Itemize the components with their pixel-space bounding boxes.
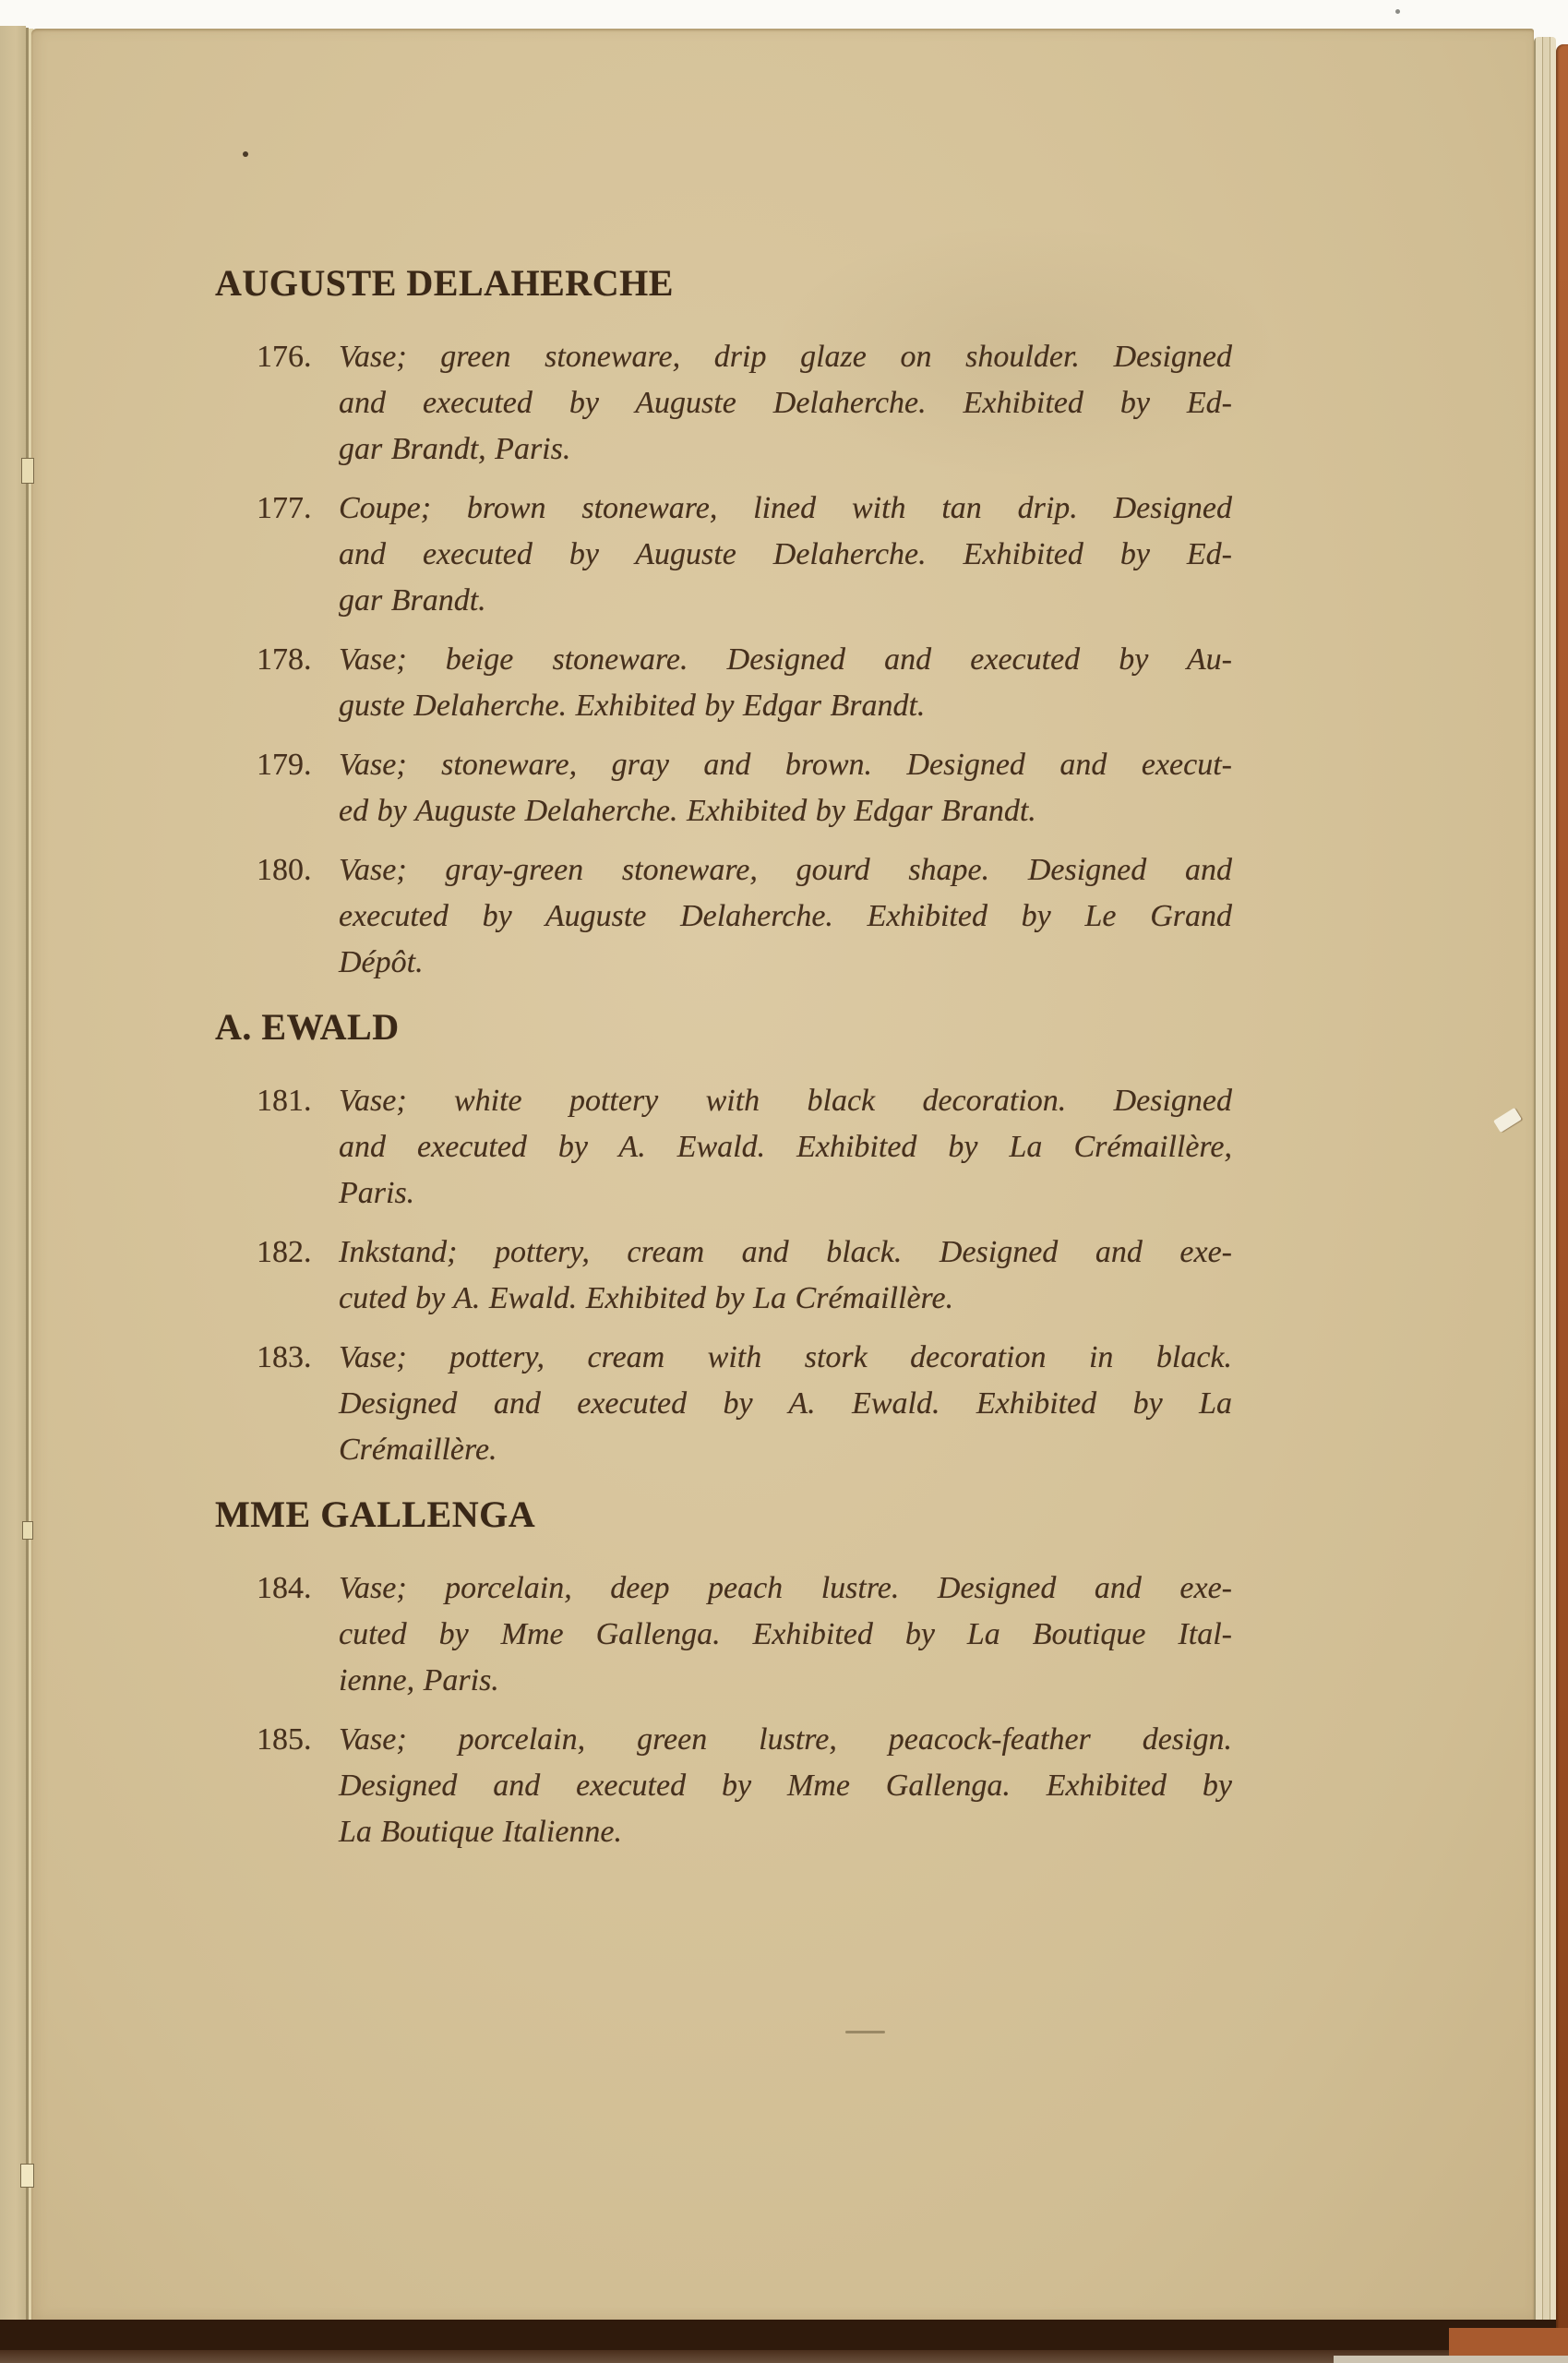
sewing-notch <box>20 2164 34 2188</box>
catalog-entry: 176. Vase; green stoneware, drip glaze o… <box>257 334 1232 473</box>
entry-line: and executed by Auguste Delaherche. Exhi… <box>339 380 1232 426</box>
catalog-entry: 183. Vase; pottery, cream with stork dec… <box>257 1335 1232 1473</box>
catalog-entry: 178. Vase; beige stoneware. Designed and… <box>257 637 1232 729</box>
underlying-page-edge <box>0 26 26 2363</box>
catalog-section: MME GALLENGA 184. Vase; porcelain, deep … <box>215 1492 1232 1855</box>
entry-lines: Vase; green stoneware, drip glaze on sho… <box>339 334 1232 473</box>
entry-line: and executed by A. Ewald. Exhibited by L… <box>339 1124 1232 1170</box>
entry-number: 176. <box>257 334 339 380</box>
section-entries: 184. Vase; porcelain, deep peach lustre.… <box>215 1565 1232 1855</box>
entry-number: 182. <box>257 1229 339 1276</box>
page-edge-stack <box>1534 37 1556 2320</box>
entry-lines: Vase; porcelain, green lustre, peacock-f… <box>339 1717 1232 1855</box>
entry-line: Paris. <box>339 1170 1232 1217</box>
entry-lines: Vase; pottery, cream with stork decorati… <box>339 1335 1232 1473</box>
sewing-notch <box>21 458 34 484</box>
entry-line: Vase; pottery, cream with stork decorati… <box>339 1335 1232 1381</box>
entry-line: ed by Auguste Delaherche. Exhibited by E… <box>339 788 1232 834</box>
entry-line: Designed and executed by Mme Gallenga. E… <box>339 1763 1232 1809</box>
entry-line: ienne, Paris. <box>339 1658 1232 1704</box>
book-cover-edge <box>1556 44 1568 2363</box>
entry-line: gar Brandt. <box>339 578 1232 624</box>
sewing-notch <box>22 1521 33 1540</box>
entry-line: executed by Auguste Delaherche. Exhibite… <box>339 894 1232 940</box>
entry-line: cuted by A. Ewald. Exhibited by La Créma… <box>339 1276 1232 1322</box>
section-heading: AUGUSTE DELAHERCHE <box>215 260 1232 306</box>
entry-lines: Inkstand; pottery, cream and black. Desi… <box>339 1229 1232 1322</box>
entry-line: gar Brandt, Paris. <box>339 426 1232 473</box>
entry-line: Vase; porcelain, deep peach lustre. Desi… <box>339 1565 1232 1612</box>
catalog-section: AUGUSTE DELAHERCHE 176. Vase; green ston… <box>215 260 1232 986</box>
catalog-entry: 185. Vase; porcelain, green lustre, peac… <box>257 1717 1232 1855</box>
entry-lines: Vase; gray-green stoneware, gourd shape.… <box>339 847 1232 986</box>
entry-number: 181. <box>257 1078 339 1124</box>
entry-line: and executed by Auguste Delaherche. Exhi… <box>339 532 1232 578</box>
entry-line: Vase; stoneware, gray and brown. Designe… <box>339 742 1232 788</box>
cover-bottom-right <box>1449 2328 1568 2357</box>
catalog-entry: 180. Vase; gray-green stoneware, gourd s… <box>257 847 1232 986</box>
section-heading: MME GALLENGA <box>215 1492 1232 1538</box>
entry-line: Coupe; brown stoneware, lined with tan d… <box>339 486 1232 532</box>
entry-line: Vase; white pottery with black decoratio… <box>339 1078 1232 1124</box>
catalog-text-block: AUGUSTE DELAHERCHE 176. Vase; green ston… <box>215 260 1232 1874</box>
catalog-entry: 182. Inkstand; pottery, cream and black.… <box>257 1229 1232 1322</box>
entry-lines: Vase; beige stoneware. Designed and exec… <box>339 637 1232 729</box>
entry-number: 179. <box>257 742 339 788</box>
entry-line: Vase; beige stoneware. Designed and exec… <box>339 637 1232 683</box>
entry-lines: Vase; porcelain, deep peach lustre. Desi… <box>339 1565 1232 1704</box>
scanner-bottom-sliver <box>1334 2356 1568 2363</box>
entry-lines: Coupe; brown stoneware, lined with tan d… <box>339 486 1232 624</box>
section-heading: A. EWALD <box>215 1004 1232 1050</box>
catalog-entry: 184. Vase; porcelain, deep peach lustre.… <box>257 1565 1232 1704</box>
entry-number: 185. <box>257 1717 339 1763</box>
pencil-mark <box>845 2031 885 2033</box>
entry-line: Vase; green stoneware, drip glaze on sho… <box>339 334 1232 380</box>
bottom-shadow-band <box>0 2320 1556 2350</box>
entry-line: Crémaillère. <box>339 1427 1232 1473</box>
scanner-background-top <box>0 0 1568 29</box>
section-entries: 181. Vase; white pottery with black deco… <box>215 1078 1232 1473</box>
catalog-section: A. EWALD 181. Vase; white pottery with b… <box>215 1004 1232 1473</box>
entry-line: Vase; porcelain, green lustre, peacock-f… <box>339 1717 1232 1763</box>
entry-number: 177. <box>257 486 339 532</box>
entry-number: 184. <box>257 1565 339 1612</box>
entry-lines: Vase; white pottery with black decoratio… <box>339 1078 1232 1217</box>
catalog-entry: 177. Coupe; brown stoneware, lined with … <box>257 486 1232 624</box>
entry-line: cuted by Mme Gallenga. Exhibited by La B… <box>339 1612 1232 1658</box>
entry-line: Inkstand; pottery, cream and black. Desi… <box>339 1229 1232 1276</box>
entry-line: La Boutique Italienne. <box>339 1809 1232 1855</box>
catalog-entry: 181. Vase; white pottery with black deco… <box>257 1078 1232 1217</box>
entry-line: Dépôt. <box>339 940 1232 986</box>
entry-lines: Vase; stoneware, gray and brown. Designe… <box>339 742 1232 834</box>
entry-number: 183. <box>257 1335 339 1381</box>
entry-line: Designed and executed by A. Ewald. Exhib… <box>339 1381 1232 1427</box>
catalog-entry: 179. Vase; stoneware, gray and brown. De… <box>257 742 1232 834</box>
entry-line: guste Delaherche. Exhibited by Edgar Bra… <box>339 683 1232 729</box>
entry-number: 180. <box>257 847 339 894</box>
entry-number: 178. <box>257 637 339 683</box>
paper-speck <box>1395 9 1400 14</box>
section-entries: 176. Vase; green stoneware, drip glaze o… <box>215 334 1232 986</box>
paper-speck <box>243 151 248 157</box>
entry-line: Vase; gray-green stoneware, gourd shape.… <box>339 847 1232 894</box>
